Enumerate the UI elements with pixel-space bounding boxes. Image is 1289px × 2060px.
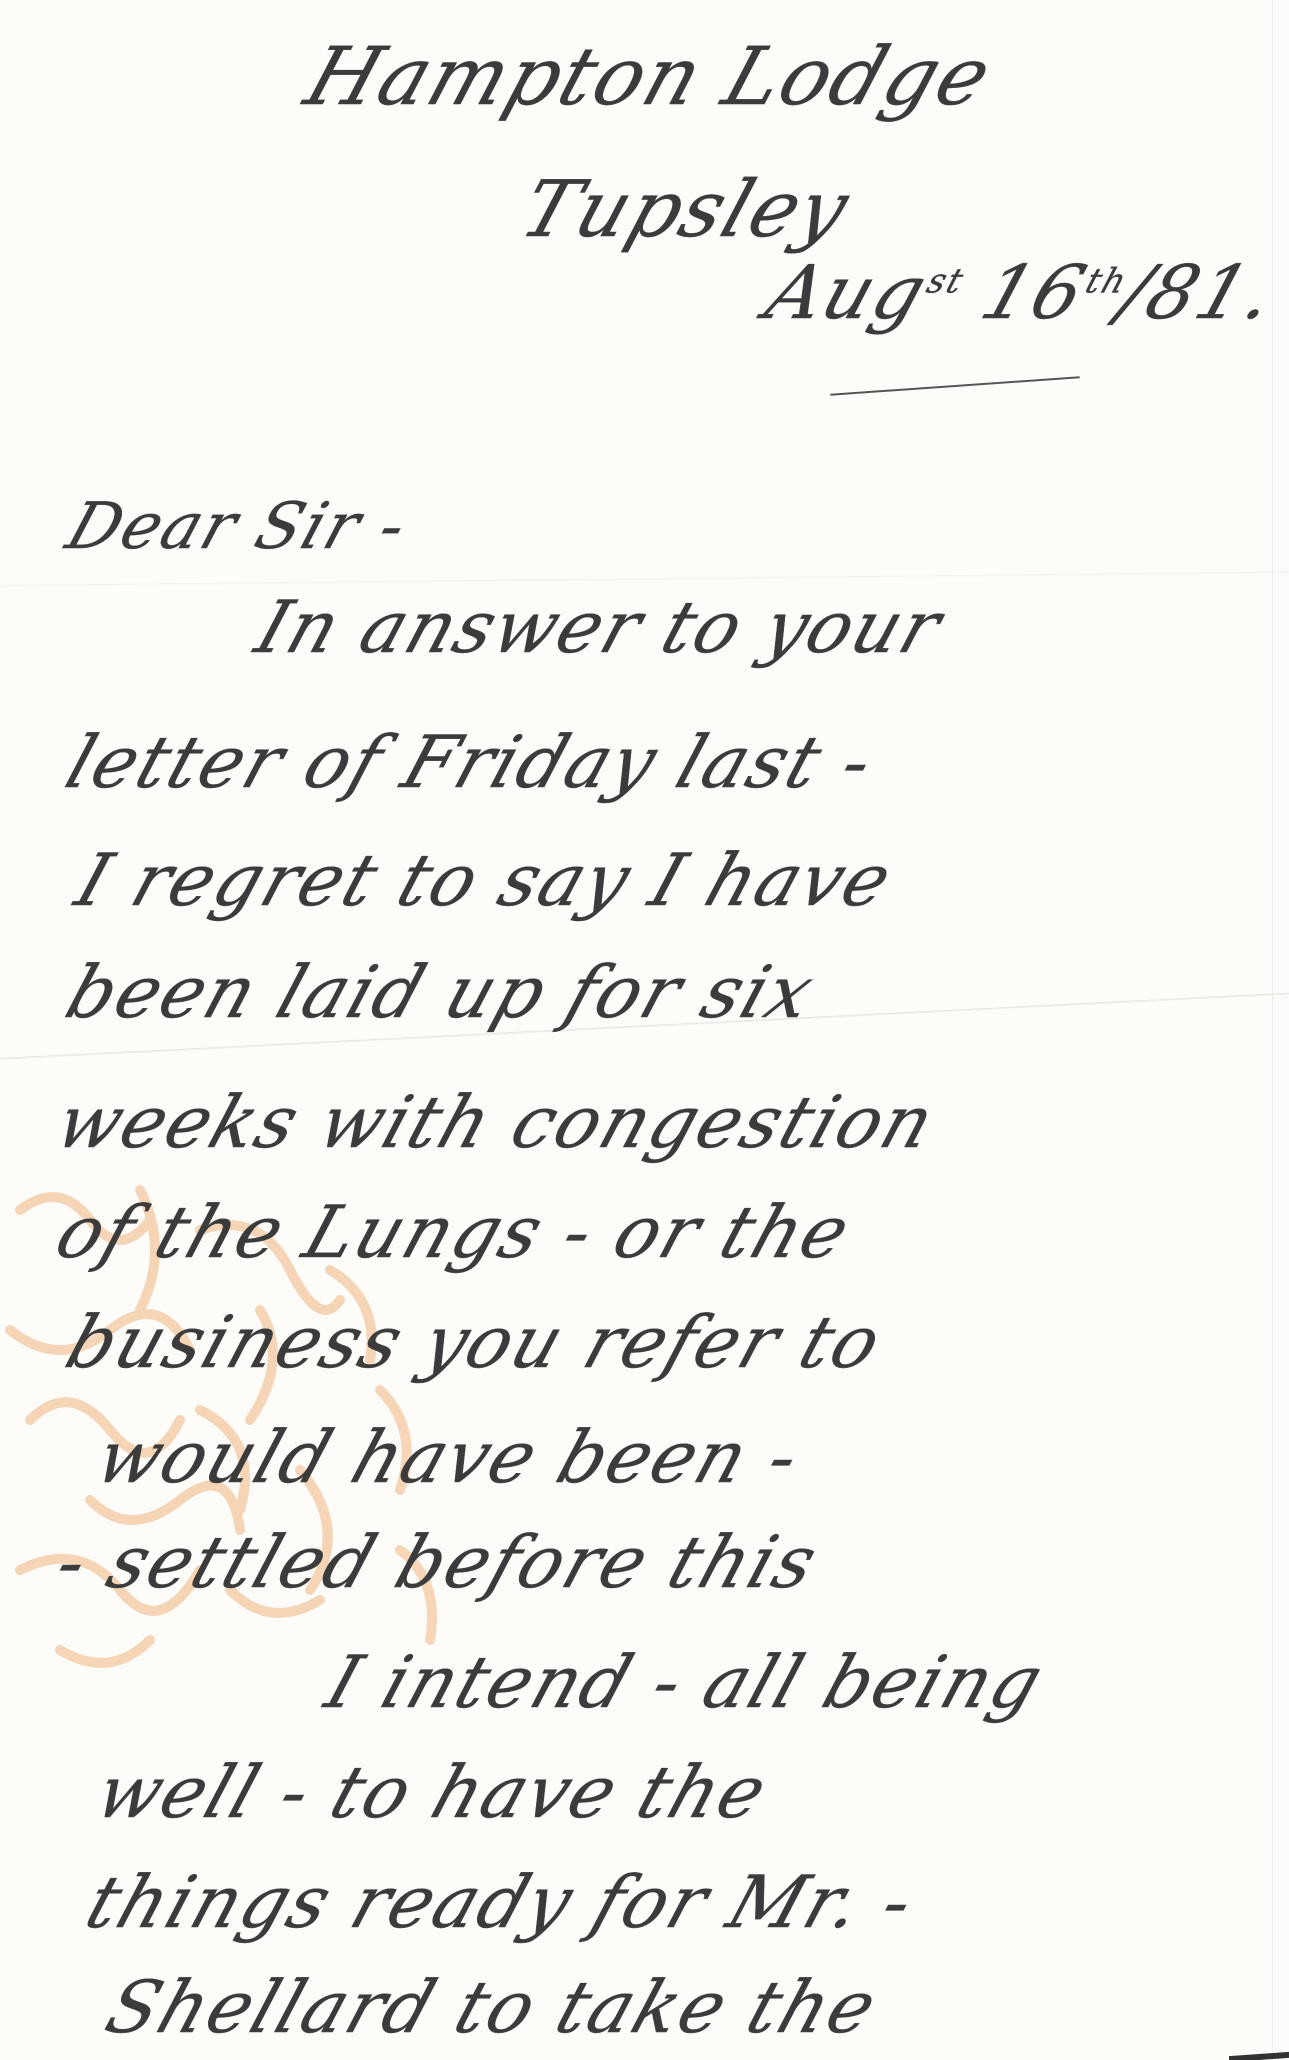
body-line: been laid up for six bbox=[56, 950, 825, 1034]
date-month: Aug bbox=[756, 250, 938, 336]
body-line: would have been - bbox=[86, 1415, 811, 1499]
date-day: 16 bbox=[971, 250, 1097, 336]
date-year: /81. bbox=[1109, 250, 1288, 336]
body-line: things ready for Mr. - bbox=[76, 1860, 925, 1944]
letter-page: Hampton Lodge Tupsley Augst 16th/81. Dea… bbox=[0, 0, 1272, 2060]
body-line: I regret to say I have bbox=[66, 838, 903, 922]
salutation: Dear Sir - bbox=[58, 490, 417, 564]
body-line: - settled before this bbox=[46, 1520, 828, 1604]
address-line-2: Tupsley bbox=[510, 165, 861, 255]
body-line: I intend - all being bbox=[316, 1640, 1054, 1724]
body-line: weeks with congestion bbox=[46, 1080, 946, 1164]
date-underline bbox=[830, 376, 1080, 395]
body-line: letter of Friday last - bbox=[56, 720, 885, 804]
letter-date: Augst 16th/81. bbox=[756, 250, 1287, 336]
body-line: of the Lungs - or the bbox=[46, 1190, 861, 1274]
body-line: Shellard to take the bbox=[96, 1965, 888, 2049]
body-line: In answer to your bbox=[246, 585, 953, 669]
body-line: business you refer to bbox=[56, 1300, 893, 1384]
body-line: well - to have the bbox=[86, 1750, 778, 1834]
address-line-1: Hampton Lodge bbox=[295, 30, 1004, 123]
